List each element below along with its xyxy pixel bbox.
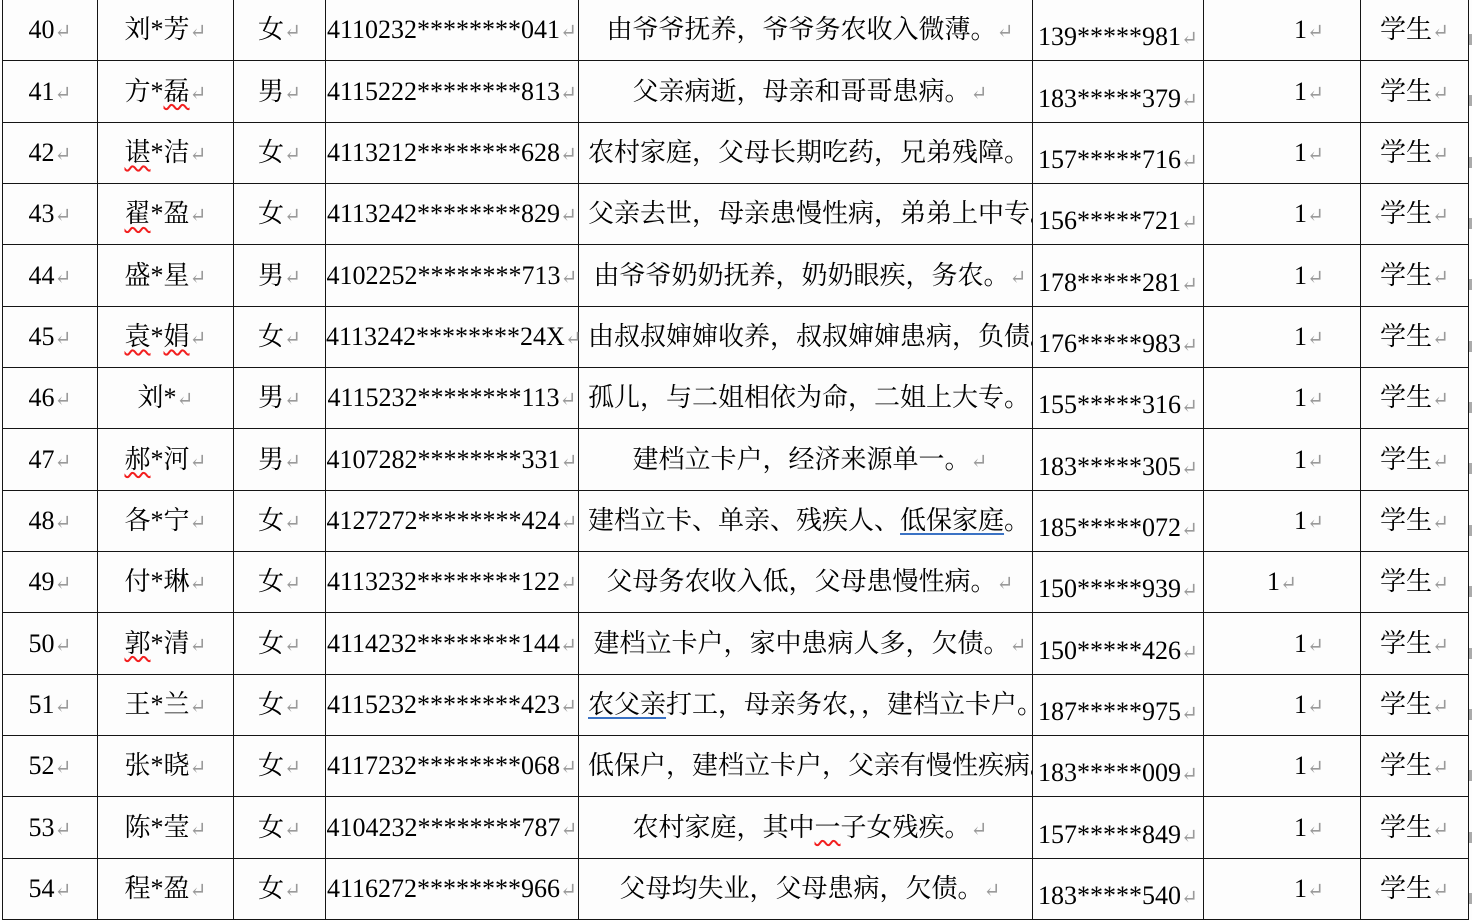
cell-row-number[interactable]: 50↵ — [3, 613, 98, 674]
text-segment: *河 — [151, 445, 190, 474]
text-segment: 建档立卡、单亲、残疾人、 — [588, 506, 900, 535]
paragraph-mark-icon: ↵ — [561, 451, 578, 473]
table-row: 43↵翟*盈↵女↵4113242********829↵父亲去世，母亲患慢性病，… — [3, 184, 1469, 245]
count-text: 1 — [1294, 77, 1307, 106]
paragraph-mark-icon: ↵ — [1432, 267, 1449, 289]
paragraph-mark-icon: ↵ — [284, 451, 301, 473]
cell-identity[interactable]: 学生↵ — [1361, 490, 1469, 551]
cell-count[interactable]: 1↵ — [1204, 674, 1361, 735]
cell-family-note[interactable]: 由爷爷抚养，爷爷务农收入微薄。↵ — [579, 0, 1033, 61]
cell-id-number[interactable]: 4102252********713↵ — [326, 245, 579, 306]
cell-family-note[interactable]: 农父亲打工，母亲务农，，建档立卡户。↵ — [579, 674, 1033, 735]
paragraph-mark-icon: ↵ — [1432, 83, 1449, 105]
paragraph-mark-icon: ↵ — [1181, 826, 1198, 848]
cell-family-note[interactable]: 建档立卡户，家中患病人多，欠债。↵ — [579, 613, 1033, 674]
cell-count[interactable]: 1↵ — [1204, 245, 1361, 306]
cell-family-note[interactable]: 孤儿，与二姐相依为命，二姐上大专。↵ — [579, 368, 1033, 429]
cell-row-number[interactable]: 45↵ — [3, 306, 98, 367]
paragraph-mark-icon: ↵ — [284, 635, 301, 657]
count-text: 1 — [1294, 813, 1307, 842]
cell-gender[interactable]: 男↵ — [234, 245, 326, 306]
phone-text-wrap: 157*****716↵ — [1038, 145, 1198, 175]
cell-identity[interactable]: 学生↵ — [1361, 858, 1469, 919]
cell-identity[interactable]: 学生↵ — [1361, 368, 1469, 429]
paragraph-mark-icon: ↵ — [560, 880, 577, 902]
paragraph-mark-icon: ↵ — [560, 389, 577, 411]
cell-family-note[interactable]: 父亲病逝，母亲和哥哥患病。↵ — [579, 61, 1033, 122]
paragraph-mark-icon: ↵ — [1181, 887, 1198, 909]
paragraph-mark-icon: ↵ — [984, 880, 1001, 902]
cell-gender[interactable]: 女↵ — [234, 858, 326, 919]
paragraph-mark-icon: ↵ — [1307, 635, 1324, 657]
cell-identity[interactable]: 学生↵ — [1361, 736, 1469, 797]
row-number-text: 46 — [29, 383, 55, 412]
cell-student-name[interactable]: 刘*芳↵ — [98, 0, 234, 61]
id-number-text: 4107282********331 — [327, 445, 561, 474]
paragraph-mark-icon: ↵ — [561, 512, 578, 534]
cell-gender[interactable]: 女↵ — [234, 122, 326, 183]
cell-count[interactable]: 1↵ — [1204, 797, 1361, 858]
identity-text: 学生 — [1380, 813, 1432, 842]
row-number-text: 48 — [29, 506, 55, 535]
cell-phone-number[interactable]: 183*****540↵ — [1033, 858, 1204, 919]
cell-family-note[interactable]: 由爷爷奶奶抚养，奶奶眼疾，务农。↵ — [579, 245, 1033, 306]
paragraph-mark-icon: ↵ — [284, 573, 301, 595]
cell-identity[interactable]: 学生↵ — [1361, 552, 1469, 613]
paragraph-mark-icon: ↵ — [1307, 205, 1324, 227]
cell-identity[interactable]: 学生↵ — [1361, 245, 1469, 306]
id-number-text: 4117232********068 — [327, 751, 560, 780]
cell-gender[interactable]: 女↵ — [234, 306, 326, 367]
cell-identity[interactable]: 学生↵ — [1361, 306, 1469, 367]
paragraph-mark-icon: ↵ — [1432, 696, 1449, 718]
paragraph-mark-icon: ↵ — [284, 757, 301, 779]
paragraph-mark-icon: ↵ — [1432, 144, 1449, 166]
gender-text: 女 — [258, 138, 284, 167]
paragraph-mark-icon: ↵ — [1307, 757, 1324, 779]
paragraph-mark-icon: ↵ — [1432, 880, 1449, 902]
cell-row-number[interactable]: 43↵ — [3, 184, 98, 245]
row-number-text: 42 — [29, 138, 55, 167]
text-segment: 孤儿，与二姐相依为命，二姐上大专。 — [588, 383, 1030, 412]
phone-text-wrap: 183*****305↵ — [1038, 452, 1198, 482]
paragraph-mark-icon: ↵ — [284, 328, 301, 350]
phone-text-wrap: 178*****281↵ — [1038, 268, 1198, 298]
cell-student-name[interactable]: 袁*娟↵ — [98, 306, 234, 367]
cell-id-number[interactable]: 4113242********829↵ — [326, 184, 579, 245]
paragraph-mark-icon: ↵ — [190, 512, 207, 534]
paragraph-mark-icon: ↵ — [1307, 451, 1324, 473]
id-number-text: 4102252********713 — [327, 261, 561, 290]
paragraph-mark-icon: ↵ — [560, 205, 577, 227]
phone-text: 183*****540 — [1038, 881, 1181, 910]
paragraph-mark-icon: ↵ — [190, 451, 207, 473]
cell-family-note[interactable]: 由叔叔婶婶收养，叔叔婶婶患病，负债。↵ — [579, 306, 1033, 367]
paragraph-mark-icon: ↵ — [55, 389, 72, 411]
paragraph-mark-icon: ↵ — [1432, 451, 1449, 473]
cell-student-name[interactable]: 郭*清↵ — [98, 613, 234, 674]
cell-id-number[interactable]: 4114232********144↵ — [326, 613, 579, 674]
count-text: 1 — [1294, 751, 1307, 780]
paragraph-mark-icon: ↵ — [55, 205, 72, 227]
paragraph-mark-icon: ↵ — [1307, 696, 1324, 718]
gender-text: 女 — [258, 506, 284, 535]
count-text: 1 — [1267, 567, 1280, 596]
count-text-wrap: 1↵ — [1294, 322, 1324, 352]
text-segment: 由叔叔婶婶收养，叔叔婶婶患病，负债。 — [588, 322, 1033, 351]
cell-family-note[interactable]: 农村家庭，父母长期吃药，兄弟残障。↵ — [579, 122, 1033, 183]
cell-id-number[interactable]: 4113232********122↵ — [326, 552, 579, 613]
paragraph-mark-icon: ↵ — [190, 880, 207, 902]
id-number-text: 4115232********423 — [327, 690, 560, 719]
text-segment: 父母务农收入低，父母患慢性病。 — [607, 567, 997, 596]
text-segment: 王*兰 — [125, 690, 190, 719]
cell-id-number[interactable]: 4113212********628↵ — [326, 122, 579, 183]
cell-student-name[interactable]: 付*琳↵ — [98, 552, 234, 613]
cell-id-number[interactable]: 4127272********424↵ — [326, 490, 579, 551]
count-text-wrap: 1↵ — [1267, 567, 1297, 597]
cell-phone-number[interactable]: 139*****981↵ — [1033, 0, 1204, 61]
count-text-wrap: 1↵ — [1294, 261, 1324, 291]
cell-id-number[interactable]: 4117232********068↵ — [326, 736, 579, 797]
cell-student-name[interactable]: 盛*星↵ — [98, 245, 234, 306]
text-segment: *盈 — [151, 199, 190, 228]
paragraph-mark-icon: ↵ — [284, 205, 301, 227]
phone-text: 183*****009 — [1038, 758, 1181, 787]
cell-count[interactable]: 1↵ — [1204, 122, 1361, 183]
paragraph-mark-icon: ↵ — [284, 512, 301, 534]
cell-student-name[interactable]: 翟*盈↵ — [98, 184, 234, 245]
cell-count[interactable]: 1↵ — [1204, 0, 1361, 61]
paragraph-mark-icon: ↵ — [971, 83, 988, 105]
count-text: 1 — [1294, 383, 1307, 412]
paragraph-mark-icon: ↵ — [55, 144, 72, 166]
count-text: 1 — [1294, 690, 1307, 719]
count-text-wrap: 1↵ — [1294, 506, 1324, 536]
gender-text: 男 — [258, 445, 284, 474]
paragraph-mark-icon: ↵ — [1280, 573, 1297, 595]
text-segment: 父亲去世，母亲患慢性病，弟弟上中专。 — [588, 199, 1033, 228]
gender-text: 女 — [258, 874, 284, 903]
cell-gender[interactable]: 女↵ — [234, 490, 326, 551]
cell-student-name[interactable]: 程*盈↵ — [98, 858, 234, 919]
cell-count[interactable]: 1↵ — [1204, 490, 1361, 551]
paragraph-mark-icon: ↵ — [1432, 205, 1449, 227]
gender-text: 女 — [258, 629, 284, 658]
cell-row-number[interactable]: 41↵ — [3, 61, 98, 122]
cell-phone-number[interactable]: 183*****305↵ — [1033, 429, 1204, 490]
spellcheck-underline-text: 翟 — [124, 199, 150, 228]
cell-identity[interactable]: 学生↵ — [1361, 184, 1469, 245]
cell-family-note[interactable]: 农村家庭，其中一子女残疾。↵ — [579, 797, 1033, 858]
text-segment: 父母均失业，父母患病，欠债。 — [620, 874, 984, 903]
cell-phone-number[interactable]: 183*****009↵ — [1033, 736, 1204, 797]
cell-count[interactable]: 1↵ — [1204, 429, 1361, 490]
paragraph-mark-icon: ↵ — [190, 328, 207, 350]
paragraph-mark-icon: ↵ — [565, 328, 582, 350]
count-text: 1 — [1294, 445, 1307, 474]
spellcheck-underline-text: 谌 — [124, 138, 150, 167]
paragraph-mark-icon: ↵ — [1181, 519, 1198, 541]
paragraph-mark-icon: ↵ — [55, 635, 72, 657]
cell-gender[interactable]: 女↵ — [234, 613, 326, 674]
phone-text: 139*****981 — [1038, 22, 1181, 51]
cell-identity[interactable]: 学生↵ — [1361, 674, 1469, 735]
cell-family-note[interactable]: 建档立卡、单亲、残疾人、低保家庭。↵ — [579, 490, 1033, 551]
cell-family-note[interactable]: 父母务农收入低，父母患慢性病。↵ — [579, 552, 1033, 613]
cell-count[interactable]: 1↵ — [1204, 368, 1361, 429]
cell-row-number[interactable]: 52↵ — [3, 736, 98, 797]
cell-gender[interactable]: 女↵ — [234, 0, 326, 61]
cell-identity[interactable]: 学生↵ — [1361, 797, 1469, 858]
count-text-wrap: 1↵ — [1294, 199, 1324, 229]
paragraph-mark-icon: ↵ — [1010, 635, 1027, 657]
phone-text-wrap: 183*****540↵ — [1038, 881, 1198, 911]
identity-text: 学生 — [1380, 751, 1432, 780]
paragraph-mark-icon: ↵ — [190, 205, 207, 227]
cell-student-name[interactable]: 王*兰↵ — [98, 674, 234, 735]
table-row: 51↵王*兰↵女↵4115232********423↵农父亲打工，母亲务农，，… — [3, 674, 1469, 735]
cell-student-name[interactable]: 方*磊↵ — [98, 61, 234, 122]
cell-gender[interactable]: 男↵ — [234, 368, 326, 429]
text-segment: 建档立卡户，家中患病人多，欠债。 — [594, 629, 1010, 658]
cell-id-number[interactable]: 4115232********113↵ — [326, 368, 579, 429]
row-number-text: 50 — [29, 629, 55, 658]
cell-row-number[interactable]: 49↵ — [3, 552, 98, 613]
phone-text-wrap: 157*****849↵ — [1038, 820, 1198, 850]
paragraph-mark-icon: ↵ — [284, 880, 301, 902]
cell-count[interactable]: 1↵ — [1204, 858, 1361, 919]
id-number-text: 4113212********628 — [327, 138, 560, 167]
paragraph-mark-icon: ↵ — [55, 757, 72, 779]
student-table: 40↵刘*芳↵女↵4110232********041↵由爷爷抚养，爷爷务农收入… — [2, 0, 1469, 920]
count-text-wrap: 1↵ — [1294, 445, 1324, 475]
cell-phone-number[interactable]: 187*****975↵ — [1033, 674, 1204, 735]
paragraph-mark-icon: ↵ — [190, 573, 207, 595]
cell-row-number[interactable]: 48↵ — [3, 490, 98, 551]
cell-identity[interactable]: 学生↵ — [1361, 0, 1469, 61]
paragraph-mark-icon: ↵ — [560, 696, 577, 718]
spellcheck-underline-text: 郝 — [124, 445, 150, 474]
cell-phone-number[interactable]: 178*****281↵ — [1033, 245, 1204, 306]
paragraph-mark-icon: ↵ — [1432, 389, 1449, 411]
paragraph-mark-icon: ↵ — [1181, 274, 1198, 296]
cell-gender[interactable]: 女↵ — [234, 797, 326, 858]
cell-student-name[interactable]: 郝*河↵ — [98, 429, 234, 490]
cell-id-number[interactable]: 4110232********041↵ — [326, 0, 579, 61]
paragraph-mark-icon: ↵ — [1432, 328, 1449, 350]
cell-phone-number[interactable]: 150*****426↵ — [1033, 613, 1204, 674]
cell-count[interactable]: 1↵ — [1204, 184, 1361, 245]
cell-id-number[interactable]: 4113242********24X↵ — [326, 306, 579, 367]
spellcheck-underline-text: 娟 — [164, 322, 190, 351]
table-row: 45↵袁*娟↵女↵4113242********24X↵由叔叔婶婶收养，叔叔婶婶… — [3, 306, 1469, 367]
id-number-text: 4116272********966 — [327, 874, 560, 903]
table-row: 44↵盛*星↵男↵4102252********713↵由爷爷奶奶抚养，奶奶眼疾… — [3, 245, 1469, 306]
paragraph-mark-icon: ↵ — [55, 328, 72, 350]
table-row: 54↵程*盈↵女↵4116272********966↵父母均失业，父母患病，欠… — [3, 858, 1469, 919]
cell-row-number[interactable]: 40↵ — [3, 0, 98, 61]
text-segment: 子女残疾。 — [841, 813, 971, 842]
paragraph-mark-icon: ↵ — [55, 573, 72, 595]
cell-family-note[interactable]: 低保户，建档立卡户，父亲有慢性疾病。↵ — [579, 736, 1033, 797]
paragraph-mark-icon: ↵ — [1181, 151, 1198, 173]
row-number-text: 53 — [29, 813, 55, 842]
paragraph-mark-icon: ↵ — [1181, 764, 1198, 786]
cell-count[interactable]: 1↵ — [1204, 306, 1361, 367]
cell-id-number[interactable]: 4107282********331↵ — [326, 429, 579, 490]
table-row: 50↵郭*清↵女↵4114232********144↵建档立卡户，家中患病人多… — [3, 613, 1469, 674]
cell-phone-number[interactable]: 176*****983↵ — [1033, 306, 1204, 367]
cell-family-note[interactable]: 父亲去世，母亲患慢性病，弟弟上中专。↵ — [579, 184, 1033, 245]
paragraph-mark-icon: ↵ — [1181, 335, 1198, 357]
gender-text: 女 — [258, 690, 284, 719]
text-segment: * — [151, 322, 164, 351]
count-text: 1 — [1294, 874, 1307, 903]
paragraph-mark-icon: ↵ — [1307, 267, 1324, 289]
cell-gender[interactable]: 女↵ — [234, 736, 326, 797]
cell-gender[interactable]: 女↵ — [234, 184, 326, 245]
cell-count[interactable]: 1↵ — [1204, 736, 1361, 797]
cell-gender[interactable]: 女↵ — [234, 552, 326, 613]
count-text: 1 — [1294, 322, 1307, 351]
row-number-text: 40 — [29, 15, 55, 44]
cell-family-note[interactable]: 父母均失业，父母患病，欠债。↵ — [579, 858, 1033, 919]
identity-text: 学生 — [1380, 199, 1432, 228]
count-text: 1 — [1294, 199, 1307, 228]
phone-text-wrap: 150*****939↵ — [1038, 574, 1198, 604]
cell-id-number[interactable]: 4115222********813↵ — [326, 61, 579, 122]
cell-id-number[interactable]: 4104232********787↵ — [326, 797, 579, 858]
phone-text: 155*****316 — [1038, 390, 1181, 419]
cell-identity[interactable]: 学生↵ — [1361, 61, 1469, 122]
paragraph-mark-icon: ↵ — [190, 757, 207, 779]
cell-row-number[interactable]: 54↵ — [3, 858, 98, 919]
paragraph-mark-icon: ↵ — [1181, 458, 1198, 480]
paragraph-mark-icon: ↵ — [55, 83, 72, 105]
text-segment: 陈*莹 — [125, 813, 190, 842]
phone-text: 157*****849 — [1038, 820, 1181, 849]
gender-text: 男 — [258, 77, 284, 106]
phone-text: 183*****305 — [1038, 452, 1181, 481]
paragraph-mark-icon: ↵ — [1307, 83, 1324, 105]
cell-row-number[interactable]: 44↵ — [3, 245, 98, 306]
paragraph-mark-icon: ↵ — [55, 696, 72, 718]
text-segment: 付*琳 — [125, 567, 190, 596]
paragraph-mark-icon: ↵ — [1432, 757, 1449, 779]
cell-student-name[interactable]: 刘*↵ — [98, 368, 234, 429]
cell-phone-number[interactable]: 156*****721↵ — [1033, 184, 1204, 245]
phone-text-wrap: 185*****072↵ — [1038, 513, 1198, 543]
gender-text: 男 — [258, 261, 284, 290]
row-number-text: 54 — [29, 874, 55, 903]
paragraph-mark-icon: ↵ — [997, 573, 1014, 595]
paragraph-mark-icon: ↵ — [1181, 580, 1198, 602]
cell-phone-number[interactable]: 155*****316↵ — [1033, 368, 1204, 429]
gender-text: 女 — [258, 751, 284, 780]
count-text: 1 — [1294, 138, 1307, 167]
phone-text-wrap: 183*****009↵ — [1038, 758, 1198, 788]
cell-identity[interactable]: 学生↵ — [1361, 429, 1469, 490]
paragraph-mark-icon: ↵ — [1307, 880, 1324, 902]
row-number-text: 51 — [29, 690, 55, 719]
cell-phone-number[interactable]: 157*****716↵ — [1033, 122, 1204, 183]
cell-id-number[interactable]: 4116272********966↵ — [326, 858, 579, 919]
text-segment: 父亲病逝，母亲和哥哥患病。 — [633, 77, 971, 106]
paragraph-mark-icon: ↵ — [1432, 21, 1449, 43]
spellcheck-underline-text: 一 — [815, 813, 841, 842]
id-number-text: 4115232********113 — [327, 383, 559, 412]
text-segment: 农村家庭，其中 — [632, 813, 814, 842]
text-segment: 由爷爷奶奶抚养，奶奶眼疾，务农。 — [594, 261, 1010, 290]
id-number-text: 4104232********787 — [327, 813, 561, 842]
cell-row-number[interactable]: 53↵ — [3, 797, 98, 858]
cell-gender[interactable]: 女↵ — [234, 674, 326, 735]
cell-family-note[interactable]: 建档立卡户，经济来源单一。↵ — [579, 429, 1033, 490]
text-segment: 盛*星 — [125, 261, 190, 290]
cell-identity[interactable]: 学生↵ — [1361, 122, 1469, 183]
cell-count[interactable]: 1↵ — [1204, 552, 1361, 613]
phone-text-wrap: 139*****981↵ — [1038, 22, 1198, 52]
row-number-text: 52 — [29, 751, 55, 780]
id-number-text: 4127272********424 — [327, 506, 561, 535]
paragraph-mark-icon: ↵ — [1307, 21, 1324, 43]
spellcheck-underline-text: 磊 — [164, 77, 190, 106]
cell-id-number[interactable]: 4115232********423↵ — [326, 674, 579, 735]
paragraph-mark-icon: ↵ — [55, 451, 72, 473]
count-text-wrap: 1↵ — [1294, 874, 1324, 904]
cell-count[interactable]: 1↵ — [1204, 613, 1361, 674]
cell-student-name[interactable]: 张*晓↵ — [98, 736, 234, 797]
cell-row-number[interactable]: 51↵ — [3, 674, 98, 735]
paragraph-mark-icon: ↵ — [190, 21, 207, 43]
paragraph-mark-icon: ↵ — [971, 819, 988, 841]
cell-phone-number[interactable]: 183*****379↵ — [1033, 61, 1204, 122]
paragraph-mark-icon: ↵ — [1181, 90, 1198, 112]
phone-text: 150*****939 — [1038, 574, 1181, 603]
cell-phone-number[interactable]: 185*****072↵ — [1033, 490, 1204, 551]
paragraph-mark-icon: ↵ — [190, 267, 207, 289]
gender-text: 女 — [258, 813, 284, 842]
paragraph-mark-icon: ↵ — [1307, 512, 1324, 534]
paragraph-mark-icon: ↵ — [190, 83, 207, 105]
cell-gender[interactable]: 男↵ — [234, 61, 326, 122]
cell-row-number[interactable]: 47↵ — [3, 429, 98, 490]
cell-student-name[interactable]: 谌*洁↵ — [98, 122, 234, 183]
phone-text-wrap: 156*****721↵ — [1038, 206, 1198, 236]
table-row: 41↵方*磊↵男↵4115222********813↵父亲病逝，母亲和哥哥患病… — [3, 61, 1469, 122]
cell-phone-number[interactable]: 150*****939↵ — [1033, 552, 1204, 613]
gender-text: 女 — [258, 199, 284, 228]
cell-row-number[interactable]: 42↵ — [3, 122, 98, 183]
identity-text: 学生 — [1380, 383, 1432, 412]
cell-gender[interactable]: 男↵ — [234, 429, 326, 490]
id-number-text: 4113242********829 — [327, 199, 560, 228]
paragraph-mark-icon: ↵ — [1181, 642, 1198, 664]
row-number-text: 47 — [29, 445, 55, 474]
identity-text: 学生 — [1380, 874, 1432, 903]
identity-text: 学生 — [1380, 261, 1432, 290]
cell-phone-number[interactable]: 157*****849↵ — [1033, 797, 1204, 858]
cell-student-name[interactable]: 各*宁↵ — [98, 490, 234, 551]
count-text-wrap: 1↵ — [1294, 813, 1324, 843]
id-number-text: 4113242********24X — [326, 322, 565, 351]
cell-count[interactable]: 1↵ — [1204, 61, 1361, 122]
cell-student-name[interactable]: 陈*莹↵ — [98, 797, 234, 858]
phone-text: 183*****379 — [1038, 84, 1181, 113]
cell-row-number[interactable]: 46↵ — [3, 368, 98, 429]
cell-identity[interactable]: 学生↵ — [1361, 613, 1469, 674]
